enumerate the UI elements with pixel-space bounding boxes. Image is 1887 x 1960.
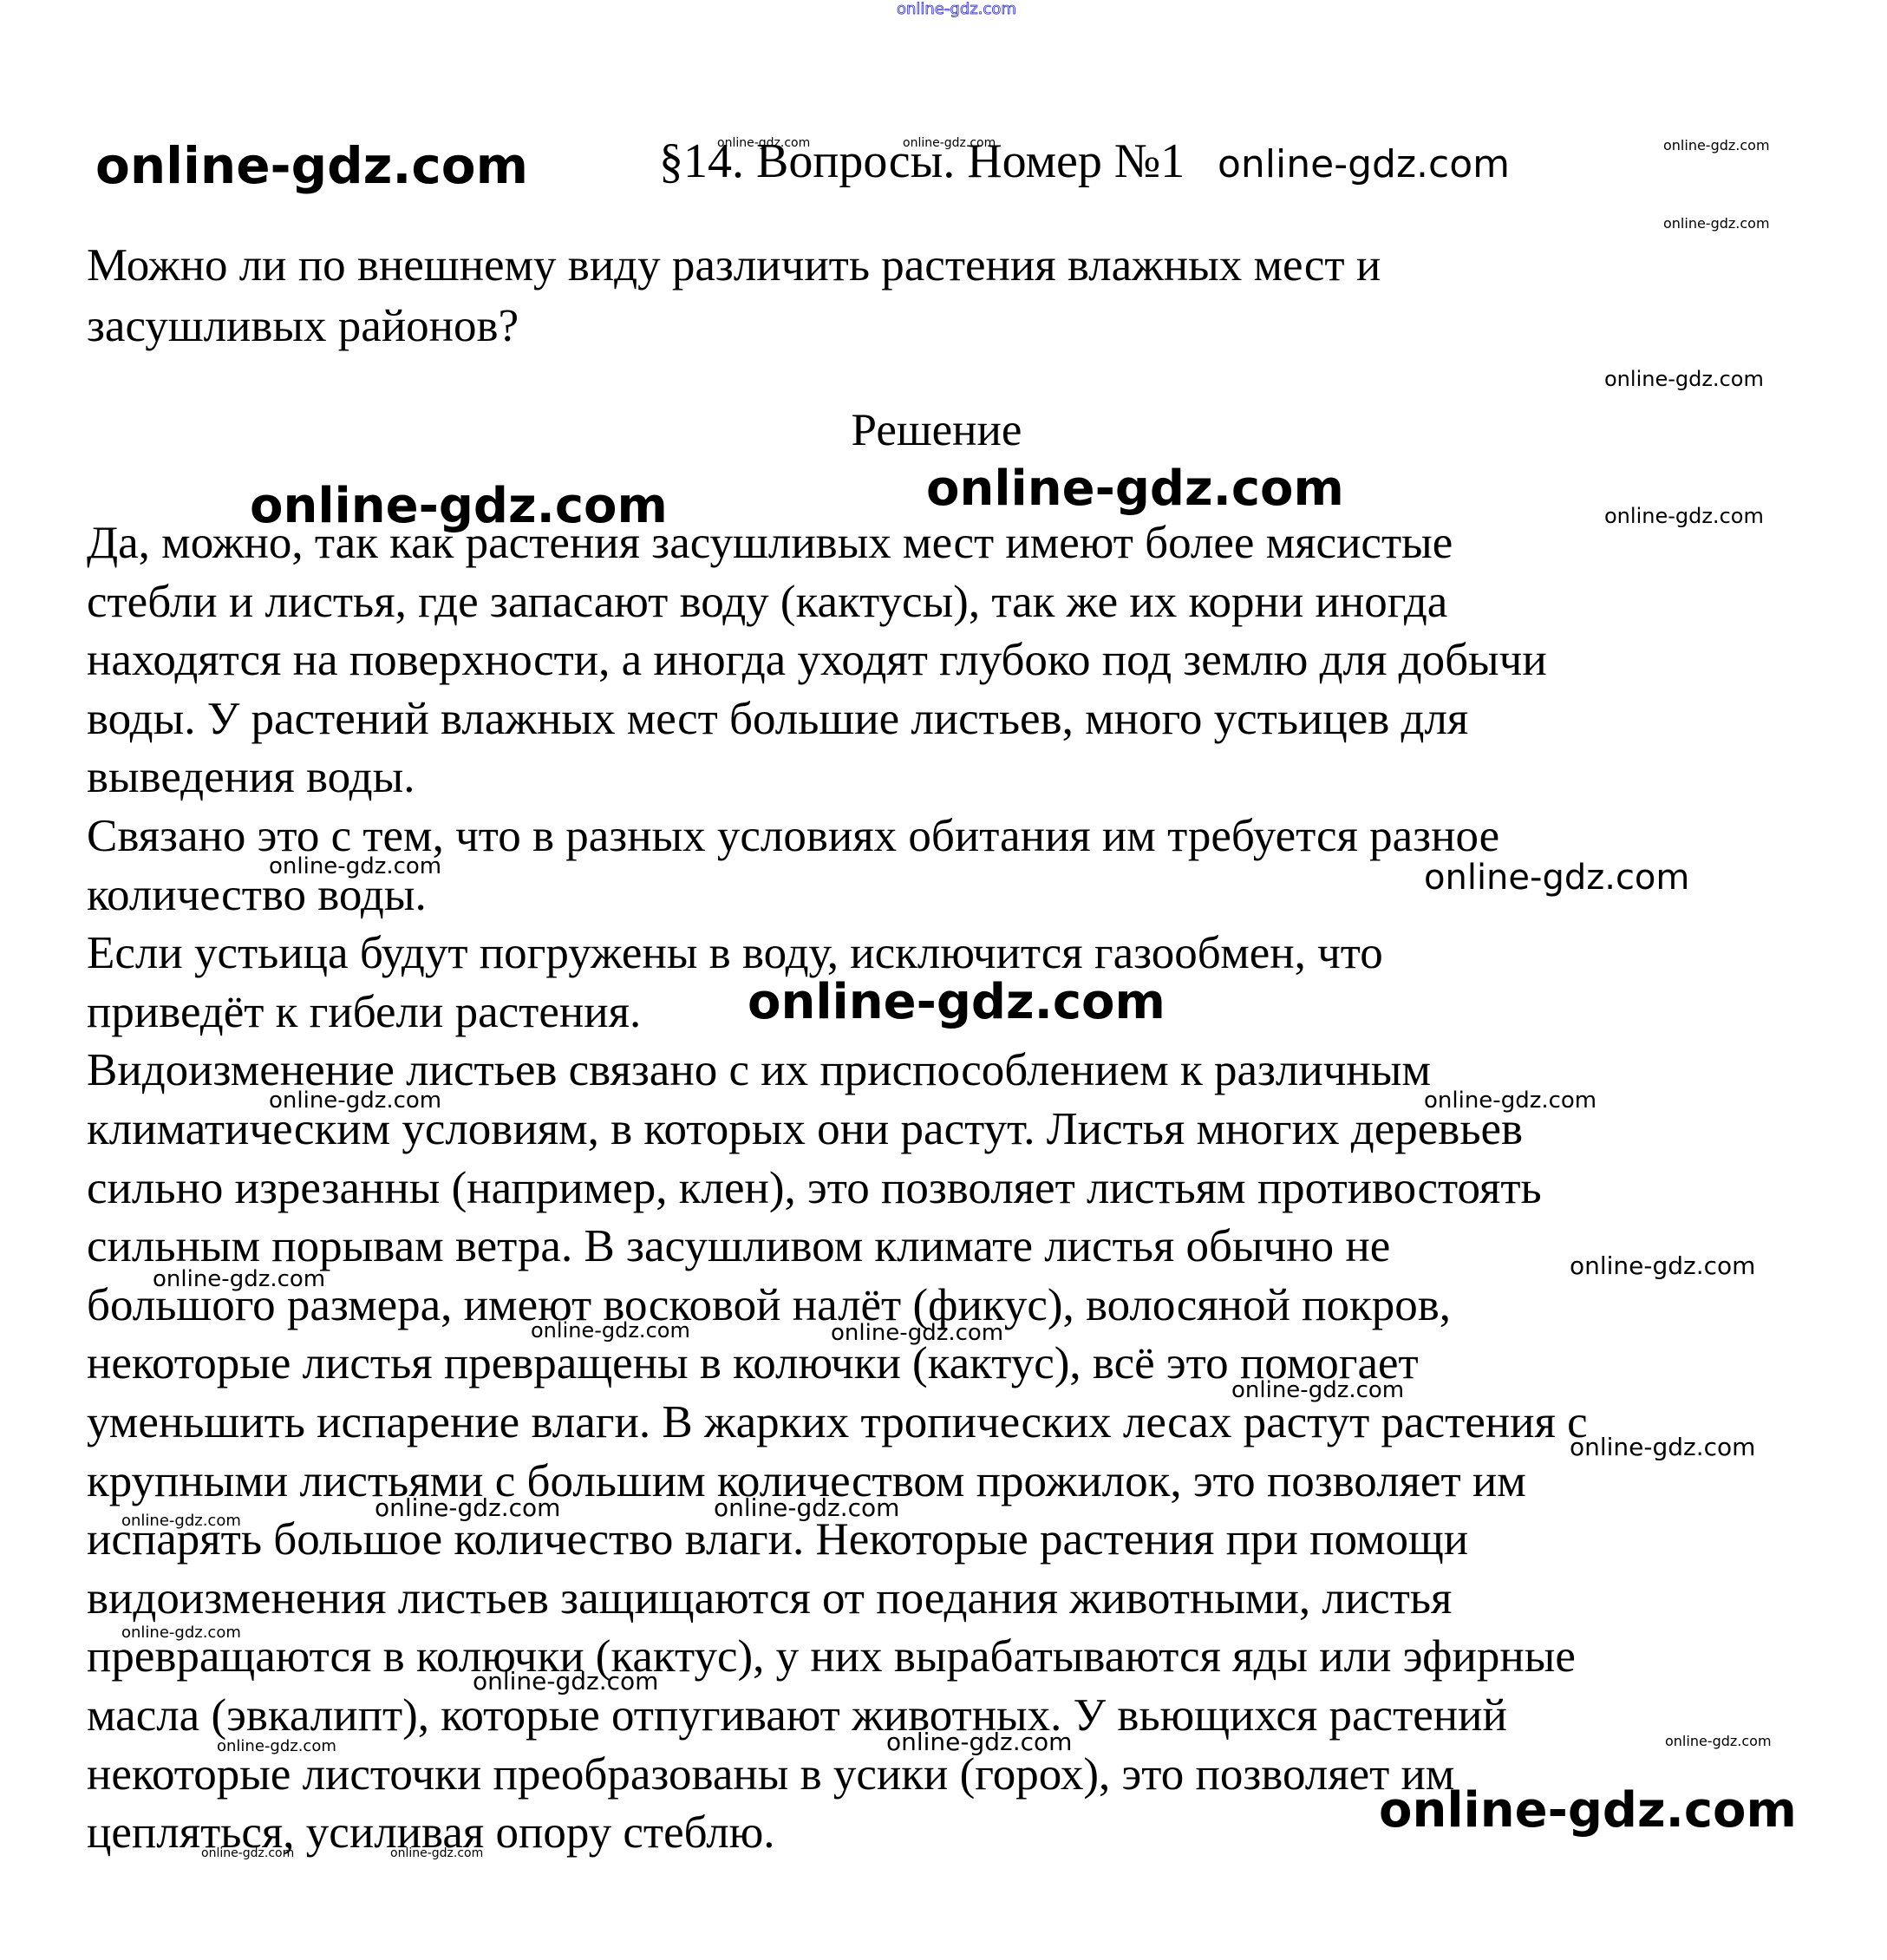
title-watermark: online-gdz.com (1218, 146, 1510, 184)
solution-line: масла (эвкалипт), которые отпугивают жив… (87, 1693, 1507, 1739)
watermark: online-gdz.com (390, 1847, 483, 1859)
watermark: online-gdz.com (717, 137, 810, 149)
solution-line: испарять большое количество влаги. Некот… (87, 1517, 1468, 1563)
watermark: online-gdz.com (375, 1496, 560, 1520)
watermark: online-gdz.com (531, 1320, 690, 1341)
solution-line: выведения воды. (87, 755, 415, 800)
watermark: online-gdz.com (1570, 1435, 1755, 1460)
watermark: online-gdz.com (473, 1669, 658, 1694)
watermark: online-gdz.com (714, 1496, 899, 1520)
solution-line: некоторые листочки преобразованы в усики… (87, 1752, 1454, 1798)
solution-line: стебли и листья, где запасают воду (какт… (87, 579, 1447, 625)
solution-line: сильно изрезанны (например, клен), это п… (87, 1166, 1542, 1212)
solution-heading: Решение (0, 408, 1873, 454)
watermark: online-gdz.com (217, 1739, 336, 1754)
watermark: online-gdz.com (1663, 139, 1770, 153)
watermark: online-gdz.com (831, 1322, 1003, 1344)
watermark: online-gdz.com (926, 465, 1344, 513)
solution-line: приведёт к гибели растения. (87, 990, 641, 1036)
watermark: online-gdz.com (1424, 860, 1689, 895)
solution-line: Если устьица будут погружены в воду, иск… (87, 931, 1383, 977)
watermark: online-gdz.com (886, 1730, 1072, 1754)
solution-line: некоторые листья превращены в колючки (к… (87, 1341, 1419, 1387)
watermark: online-gdz.com (201, 1847, 294, 1859)
watermark: online-gdz.com (1663, 217, 1770, 231)
watermark: online-gdz.com (121, 1625, 241, 1641)
question-line: засушливых районов? (87, 304, 519, 350)
watermark: online-gdz.com (1424, 1089, 1596, 1112)
watermark: online-gdz.com (1379, 1787, 1797, 1835)
watermark: online-gdz.com (1570, 1254, 1755, 1278)
document-page: online-gdz.com online-gdz.com §14. Вопро… (0, 0, 1887, 1960)
watermark: online-gdz.com (1604, 506, 1764, 526)
watermark: online-gdz.com (748, 978, 1165, 1027)
solution-line: превращаются в колючки (кактус), у них в… (87, 1634, 1576, 1680)
solution-line: находятся на поверхности, а иногда уходя… (87, 637, 1547, 683)
watermark: online-gdz.com (1665, 1735, 1772, 1748)
watermark: online-gdz.com (121, 1513, 241, 1529)
watermark: online-gdz.com (903, 137, 996, 149)
header-watermark: online-gdz.com (95, 140, 528, 191)
watermark: online-gdz.com (1604, 369, 1764, 389)
question-line: Можно ли по внешнему виду различить раст… (87, 243, 1381, 289)
solution-line: видоизменения листьев защищаются от поед… (87, 1576, 1452, 1622)
watermark: online-gdz.com (1231, 1379, 1404, 1401)
watermark: online-gdz.com (250, 482, 668, 531)
solution-line: сильным порывам ветра. В засушливом клим… (87, 1224, 1390, 1270)
solution-line: уменьшить испарение влаги. В жарких троп… (87, 1400, 1588, 1446)
watermark: online-gdz.com (269, 1089, 441, 1112)
top-watermark: online-gdz.com (897, 2, 1016, 17)
solution-line: воды. У растений влажных мест большие ли… (87, 696, 1468, 742)
watermark: online-gdz.com (153, 1268, 325, 1290)
watermark: online-gdz.com (269, 855, 441, 878)
